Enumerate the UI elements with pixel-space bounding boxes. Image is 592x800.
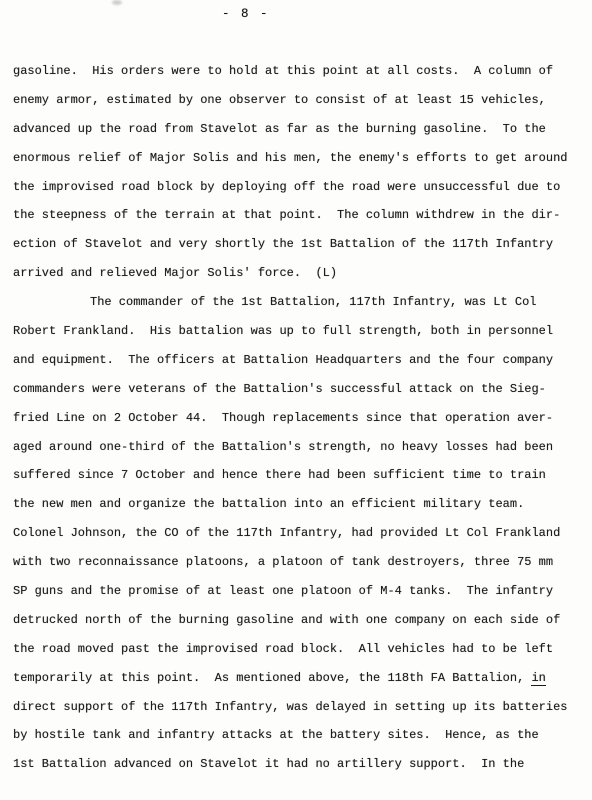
text-line: enormous relief of Major Solis and his m… [13,144,584,173]
text-line: the new men and organize the battalion i… [13,490,584,519]
text-line: the road moved past the improvised road … [13,635,584,664]
text-line: SP guns and the promise of at least one … [13,577,584,606]
text-line: detrucked north of the burning gasoline … [13,606,584,635]
text-line: commanders were veterans of the Battalio… [13,375,584,404]
text-line-with-underline: temporarily at this point. As mentioned … [13,664,584,693]
page-number: - 8 - [222,7,270,21]
text-line: enemy armor, estimated by one observer t… [13,86,584,115]
document-body: gasoline. His orders were to hold at thi… [13,57,584,779]
text-line: Robert Frankland. His battalion was up t… [13,317,584,346]
text-line: and equipment. The officers at Battalion… [13,346,584,375]
text-line: 1st Battalion advanced on Stavelot it ha… [13,750,584,779]
text-line-paragraph-start: The commander of the 1st Battalion, 117t… [13,288,584,317]
text-line: fried Line on 2 October 44. Though repla… [13,404,584,433]
text-line: ection of Stavelot and very shortly the … [13,230,584,259]
document-page: - 8 - gasoline. His orders were to hold … [0,0,592,800]
text-line: Colonel Johnson, the CO of the 117th Inf… [13,519,584,548]
scan-smudge [112,0,122,5]
text-line: aged around one-third of the Battalion's… [13,433,584,462]
text-line: direct support of the 117th Infantry, wa… [13,693,584,722]
underlined-word: in [531,671,545,686]
text-line: gasoline. His orders were to hold at thi… [13,57,584,86]
text-line: the improvised road block by deploying o… [13,173,584,202]
text-segment: temporarily at this point. As mentioned … [13,671,531,685]
text-line: arrived and relieved Major Solis' force.… [13,259,584,288]
text-line: by hostile tank and infantry attacks at … [13,721,584,750]
text-line: suffered since 7 October and hence there… [13,461,584,490]
text-line: advanced up the road from Stavelot as fa… [13,115,584,144]
text-line: the steepness of the terrain at that poi… [13,201,584,230]
text-line: with two reconnaissance platoons, a plat… [13,548,584,577]
